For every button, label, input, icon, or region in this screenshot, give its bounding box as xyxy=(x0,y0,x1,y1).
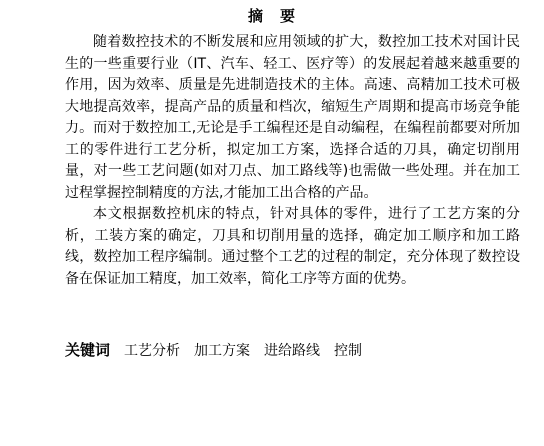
keywords-line: 关键词工艺分析加工方案进给路线控制 xyxy=(65,339,362,360)
abstract-paragraph-2: 本文根据数控机床的特点，针对具体的零件，进行了工艺方案的分析，工装方案的确定，刀… xyxy=(65,204,520,290)
abstract-document-page: 摘 要 随着数控技术的不断发展和应用领域的扩大，数控加工技术对国计民生的一些重要… xyxy=(0,0,544,446)
keywords-list: 工艺分析加工方案进给路线控制 xyxy=(110,340,362,359)
abstract-paragraph-1: 随着数控技术的不断发展和应用领域的扩大，数控加工技术对国计民生的一些重要行业（I… xyxy=(65,32,520,204)
abstract-body: 随着数控技术的不断发展和应用领域的扩大，数控加工技术对国计民生的一些重要行业（I… xyxy=(65,32,520,290)
keyword-item: 加工方案 xyxy=(194,343,250,359)
page-title: 摘 要 xyxy=(0,0,544,26)
keyword-item: 工艺分析 xyxy=(124,343,180,359)
keyword-item: 进给路线 xyxy=(264,343,320,359)
keyword-item: 控制 xyxy=(334,343,362,359)
keywords-label: 关键词 xyxy=(65,341,110,359)
